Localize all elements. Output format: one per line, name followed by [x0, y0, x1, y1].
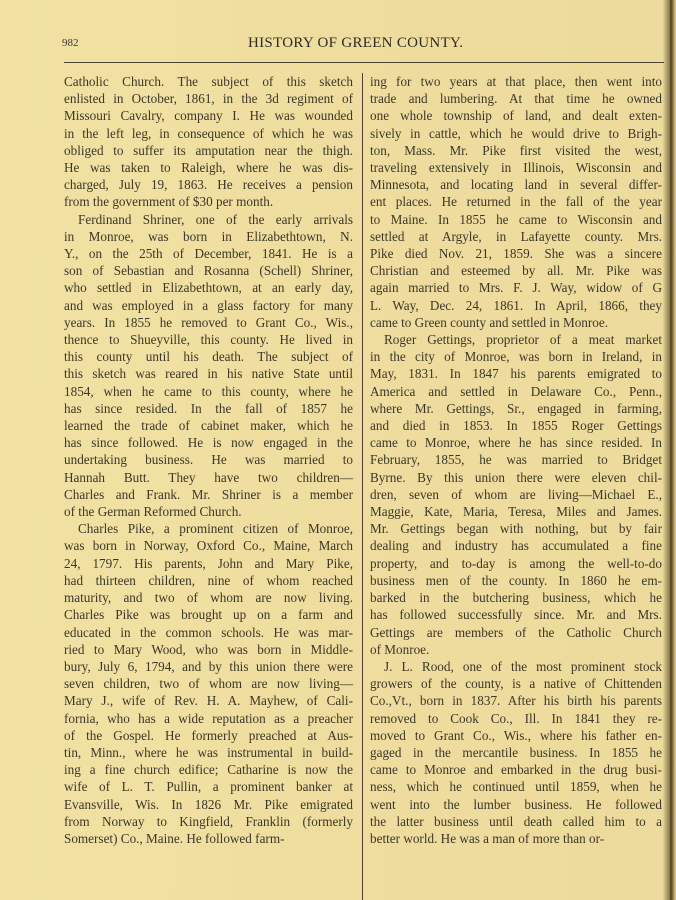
text-line: wife of L. T. Pullin, a prominent banker… [64, 778, 353, 795]
text-line: in the left leg, in consequence of which… [64, 125, 353, 142]
text-line: barked in the butchering business, which… [370, 589, 662, 606]
text-line: Mr. Gettings began with nothing, but by … [370, 520, 662, 537]
scanned-book-page: 982 HISTORY OF GREEN COUNTY. Catholic Ch… [0, 0, 676, 900]
text-line: trade and lumbering. At that time he own… [370, 90, 662, 107]
running-title: HISTORY OF GREEN COUNTY. [248, 35, 463, 52]
text-line: moved to Grant Co., Wis., where his fath… [370, 727, 662, 744]
text-line: dren, seven of whom are living—Michael E… [370, 486, 662, 503]
text-line: of Monroe. [370, 641, 662, 658]
text-line: and died in 1853. In 1855 Roger Gettings [370, 417, 662, 434]
text-line: Charles Pike, a prominent citizen of Mon… [64, 520, 353, 537]
text-line: settled at Argyle, in Lafayette county. … [370, 228, 662, 245]
text-line: ing for two years at that place, then we… [370, 73, 662, 90]
text-line: Ferdinand Shriner, one of the early arri… [64, 211, 353, 228]
left-column: Catholic Church. The subject of this ske… [64, 73, 353, 847]
text-line: from Norway to Kingfield, Franklin (form… [64, 813, 353, 830]
text-line: traveling extensively in Illinois, Wisco… [370, 159, 662, 176]
text-line: came to Green county and settled in Monr… [370, 314, 662, 331]
text-line: business men of the county. In 1860 he e… [370, 572, 662, 589]
text-line: came to Monroe and embarked in the drug … [370, 761, 662, 778]
text-line: Mary J., wife of Rev. H. A. Mayhew, of C… [64, 692, 353, 709]
text-line: has since resided. In the fall of 1857 h… [64, 400, 353, 417]
header-rule [64, 62, 664, 63]
text-line: this county until his death. The subject… [64, 348, 353, 365]
text-line: Gettings are members of the Catholic Chu… [370, 624, 662, 641]
text-line: one whole township of land, and dealt ex… [370, 107, 662, 124]
text-line: America and settled in Delaware Co., Pen… [370, 383, 662, 400]
text-line: of the Gospel. He formerly preached at A… [64, 727, 353, 744]
text-line: ried to Mary Wood, who was born in Middl… [64, 641, 353, 658]
text-line: ton, Mass. Mr. Pike first visited the we… [370, 142, 662, 159]
text-line: in the city of Monroe, was born in Irela… [370, 348, 662, 365]
text-line: Somerset) Co., Maine. He followed farm- [64, 830, 353, 847]
text-line: 24, 1797. His parents, John and Mary Pik… [64, 555, 353, 572]
text-line: from the government of $30 per month. [64, 193, 353, 210]
text-line: tin, Minn., where he was instrumental in… [64, 744, 353, 761]
text-line: was born in Norway, Oxford Co., Maine, M… [64, 537, 353, 554]
text-line: to Maine. In 1855 he came to Wisconsin a… [370, 211, 662, 228]
text-line: had thirteen children, nine of whom reac… [64, 572, 353, 589]
text-line: Evansville, Wis. In 1826 Mr. Pike emigra… [64, 796, 353, 813]
text-line: J. L. Rood, one of the most prominent st… [370, 658, 662, 675]
text-line: Y., on the 25th of December, 1841. He is… [64, 245, 353, 262]
text-line: learned the trade of cabinet maker, whic… [64, 417, 353, 434]
text-line: son of Sebastian and Rosanna (Schell) Sh… [64, 262, 353, 279]
text-line: fornia, who has a wide reputation as a p… [64, 710, 353, 727]
page-edge [670, 0, 672, 900]
paragraph: ing for two years at that place, then we… [370, 73, 662, 331]
text-line: has since followed. He is now engaged in… [64, 434, 353, 451]
text-line: ent places. He returned in the fall of t… [370, 193, 662, 210]
right-column: ing for two years at that place, then we… [370, 73, 662, 847]
text-line: Maggie, Kate, Maria, Teresa, Miles and J… [370, 503, 662, 520]
text-line: came to Monroe, where he has since resid… [370, 434, 662, 451]
paragraph: Roger Gettings, proprietor of a meat mar… [370, 331, 662, 658]
text-line: ness, which he continued until 1859, whe… [370, 778, 662, 795]
text-line: in Monroe, was born in Elizabethtown, N. [64, 228, 353, 245]
column-divider [362, 73, 363, 900]
page-header: 982 HISTORY OF GREEN COUNTY. [62, 33, 628, 53]
text-line: and was employed in a glass factory for … [64, 297, 353, 314]
text-line: May, 1831. In 1847 his parents emigrated… [370, 365, 662, 382]
text-line: L. Way, Dec. 24, 1861. In April, 1866, t… [370, 297, 662, 314]
text-line: growers of the county, is a native of Ch… [370, 675, 662, 692]
text-line: Charles and Frank. Mr. Shriner is a memb… [64, 486, 353, 503]
text-line: thence to Shueyville, this county. He li… [64, 331, 353, 348]
text-line: went into the lumber business. He follow… [370, 796, 662, 813]
text-line: obliged to suffer its amputation near th… [64, 142, 353, 159]
text-line: Pike died Nov. 21, 1859. She was a since… [370, 245, 662, 262]
text-line: Missouri Cavalry, company I. He was woun… [64, 107, 353, 124]
text-line: property, and to-day is among the well-t… [370, 555, 662, 572]
text-line: Minnesota, and locating land in several … [370, 176, 662, 193]
text-line: better world. He was a man of more than … [370, 830, 662, 847]
paragraph: Charles Pike, a prominent citizen of Mon… [64, 520, 353, 847]
text-line: Catholic Church. The subject of this ske… [64, 73, 353, 90]
text-line: the latter business until death called h… [370, 813, 662, 830]
text-line: Charles Pike was brought up on a farm an… [64, 606, 353, 623]
text-line: removed to Cook Co., Ill. In 1841 they r… [370, 710, 662, 727]
page-number: 982 [62, 37, 79, 49]
paragraph: Ferdinand Shriner, one of the early arri… [64, 211, 353, 521]
text-line: educated in the common schools. He was m… [64, 624, 353, 641]
text-line: this sketch was reared in his native Sta… [64, 365, 353, 382]
text-line: Hannah Butt. They have two children— [64, 469, 353, 486]
text-line: Roger Gettings, proprietor of a meat mar… [370, 331, 662, 348]
text-line: sively in cattle, which he would drive t… [370, 125, 662, 142]
text-line: Christian and esteemed by all. Mr. Pike … [370, 262, 662, 279]
text-line: gaged in the mercantile business. In 185… [370, 744, 662, 761]
text-line: maturity, and two of whom are now living… [64, 589, 353, 606]
text-line: where Mr. Gettings, Sr., engaged in farm… [370, 400, 662, 417]
text-line: undertaking business. He was married to [64, 451, 353, 468]
text-line: seven children, two of whom are now livi… [64, 675, 353, 692]
text-line: 1854, when he came to this county, where… [64, 383, 353, 400]
text-line: again married to Mrs. F. J. Way, widow o… [370, 279, 662, 296]
text-line: Co.,Vt., born in 1837. After his birth h… [370, 692, 662, 709]
text-line: ing a fine church edifice; Catharine is … [64, 761, 353, 778]
text-line: bury, July 6, 1794, and by this union th… [64, 658, 353, 675]
text-line: enlisted in October, 1861, in the 3d reg… [64, 90, 353, 107]
text-line: years. In 1855 he removed to Grant Co., … [64, 314, 353, 331]
text-line: of the German Reformed Church. [64, 503, 353, 520]
paragraph: Catholic Church. The subject of this ske… [64, 73, 353, 211]
text-line: has followed successfully since. Mr. and… [370, 606, 662, 623]
text-line: charged, July 19, 1863. He receives a pe… [64, 176, 353, 193]
text-line: who settled in Elizabethtown, at an earl… [64, 279, 353, 296]
text-line: He was taken to Raleigh, where he was di… [64, 159, 353, 176]
text-line: dealing and industry has accumulated a f… [370, 537, 662, 554]
text-line: February, 1855, he was married to Bridge… [370, 451, 662, 468]
paragraph: J. L. Rood, one of the most prominent st… [370, 658, 662, 847]
text-line: Byrne. By this union there were eleven c… [370, 469, 662, 486]
